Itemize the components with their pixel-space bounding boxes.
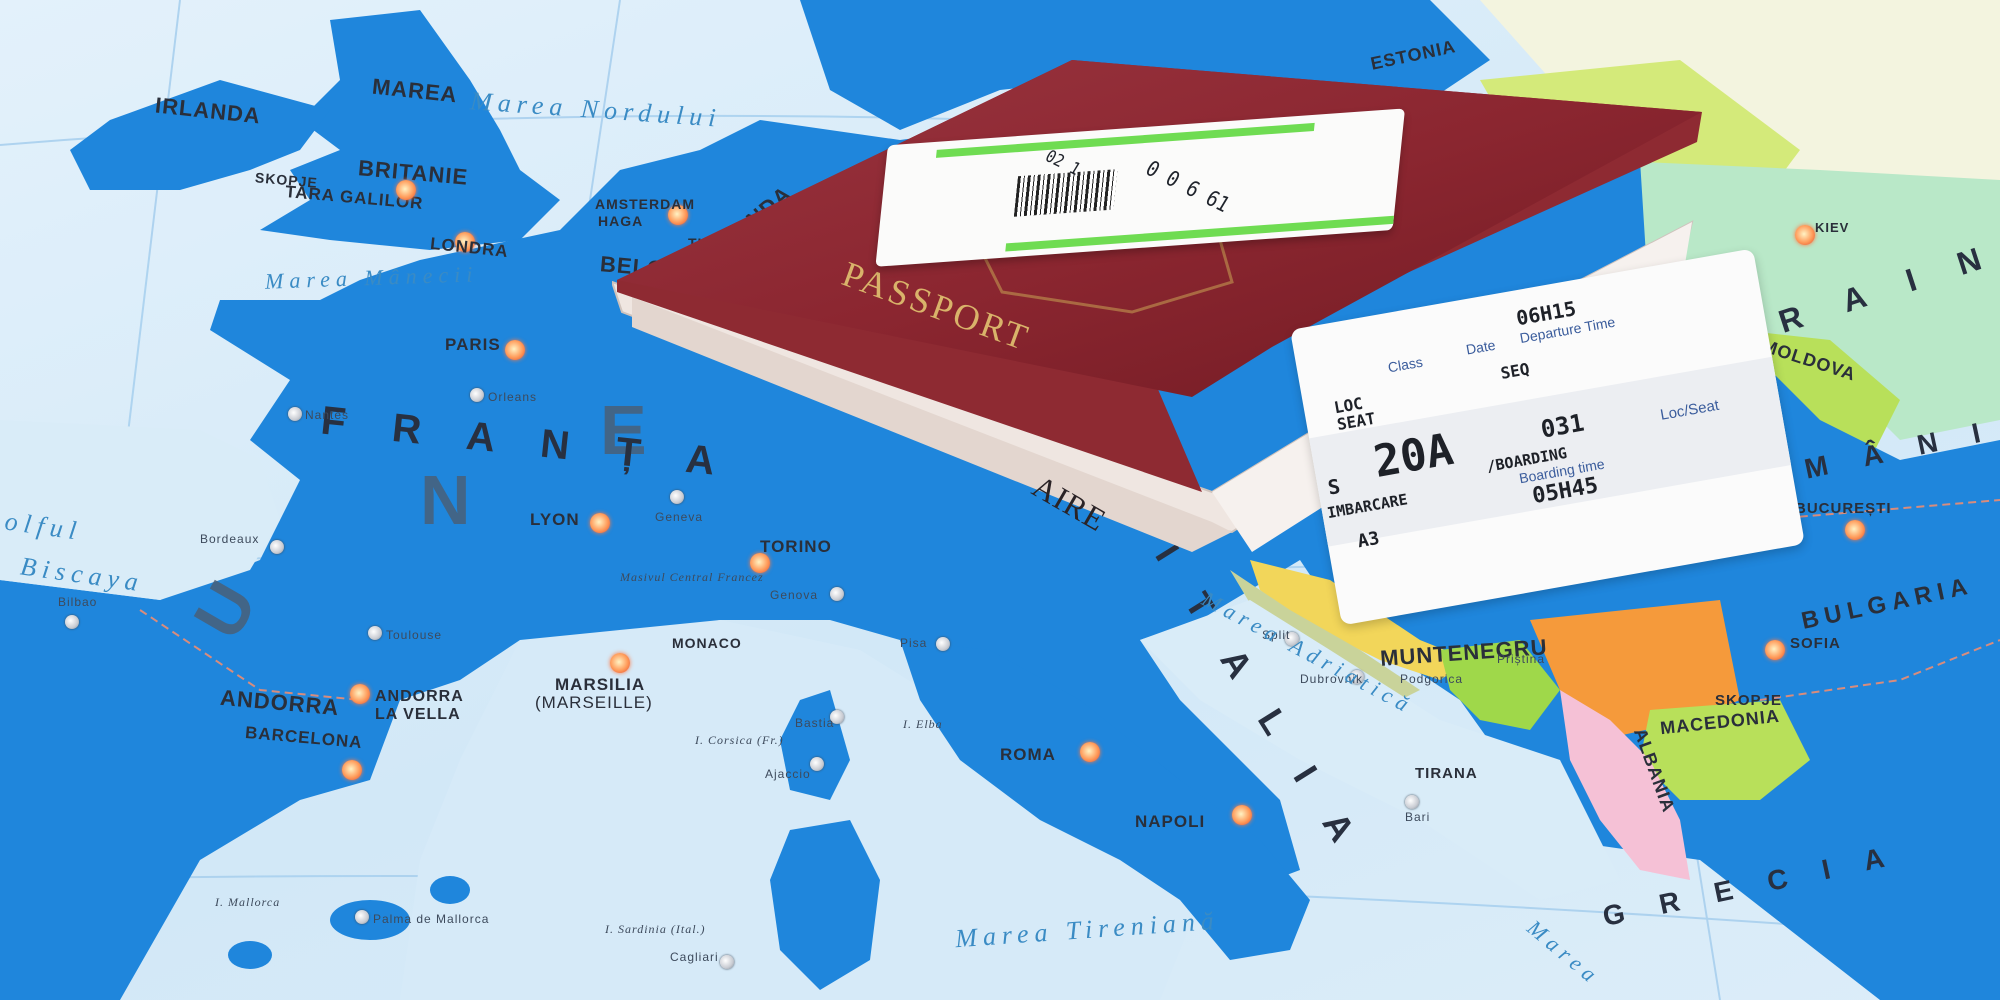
city-dot: [470, 388, 484, 402]
label-orleans: Orleans: [488, 390, 537, 404]
label-kiev: KIEV: [1815, 220, 1849, 235]
label-sardinia: I. Sardinia (Ital.): [605, 922, 706, 937]
capital-dot: [396, 180, 416, 200]
label-sofia: SOFIA: [1790, 635, 1841, 652]
gate-value: A3: [1356, 528, 1381, 552]
label-la-vella: LA VELLA: [375, 706, 461, 724]
label-corsica: I. Corsica (Fr.): [695, 733, 784, 748]
city-dot: [65, 615, 79, 629]
label-tirana: TIRANA: [1415, 765, 1478, 782]
label-napoli: NAPOLI: [1135, 812, 1205, 832]
label-elba: I. Elba: [903, 717, 943, 732]
capital-dot: [1765, 640, 1785, 660]
label-nantes: Nantes: [305, 408, 349, 422]
label-marseille: (MARSEILLE): [535, 693, 653, 713]
capital-dot: [342, 760, 362, 780]
capital-dot: [590, 513, 610, 533]
map-scene: U N E F R A N Ț A U C R A I N A R O M Â …: [0, 0, 2000, 1000]
capital-dot: [1080, 742, 1100, 762]
label-cagliari: Cagliari: [670, 950, 719, 964]
barcode-icon: [1014, 169, 1118, 217]
label-toulouse: Toulouse: [386, 628, 442, 642]
capital-dot: [350, 684, 370, 704]
capital-dot: [505, 340, 525, 360]
city-dot: [270, 540, 284, 554]
city-dot: [720, 955, 734, 969]
label-skopje: SKOPJE: [1715, 692, 1782, 709]
label-palma: Palma de Mallorca: [373, 912, 489, 926]
label-paris: PARIS: [445, 335, 501, 355]
capital-dot: [1795, 225, 1815, 245]
label-bastia: Bastia: [795, 716, 834, 730]
label-bilbao: Bilbao: [58, 595, 97, 609]
label-mallorca: I. Mallorca: [215, 895, 280, 910]
label-bordeaux: Bordeaux: [200, 532, 259, 546]
label-ajaccio: Ajaccio: [765, 767, 811, 781]
city-dot: [1405, 795, 1419, 809]
capital-dot: [1232, 805, 1252, 825]
label-marsilia: MARSILIA: [555, 675, 645, 695]
label-uniunea-n: N: [420, 460, 471, 540]
capital-dot: [1845, 520, 1865, 540]
label-podgorica: Podgorica: [1400, 672, 1463, 686]
city-dot: [288, 407, 302, 421]
city-dot: [368, 626, 382, 640]
label-andorra-la-vella: ANDORRA: [375, 688, 464, 706]
label-roma: ROMA: [1000, 745, 1056, 765]
city-dot: [355, 910, 369, 924]
label-lyon: LYON: [530, 510, 580, 530]
label-bari: Bari: [1405, 810, 1430, 824]
city-dot: [810, 757, 824, 771]
